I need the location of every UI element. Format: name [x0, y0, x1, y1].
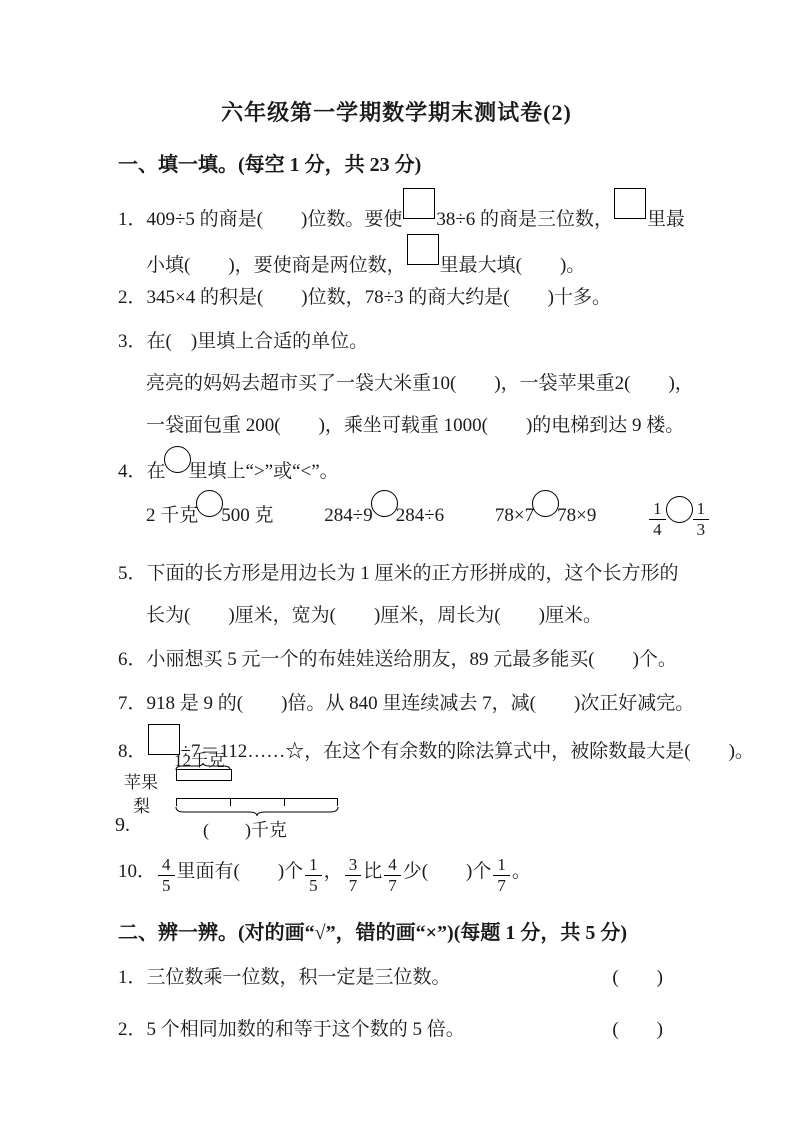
comparison-1: 2 千克500 克 [146, 505, 274, 526]
question-4-line-1: 4．在里填上“>”或“<”。 [118, 446, 339, 483]
fraction: 37 [345, 856, 362, 895]
question-10: 10．45里面有( )个15，37比47少( )个17。 [118, 856, 531, 895]
tick-mark [176, 799, 177, 806]
q1-text-e: 里最大填( )。 [440, 255, 586, 276]
judge-2-answer-blank: ( ) [612, 1014, 663, 1041]
question-6: 6．小丽想买 5 元一个的布娃娃送给朋友，89 元最多能买( )个。 [118, 644, 677, 671]
q1-text-d: 小填( )，要使商是两位数， [146, 255, 406, 276]
cmp2-left: 284÷9 [324, 505, 372, 526]
q10-text-2: ， [324, 861, 343, 882]
cmp3-left: 78×7 [495, 505, 534, 526]
comparison-4: 1413 [647, 505, 711, 526]
q10-lead: 10． [118, 861, 156, 882]
question-2: 2．345×4 的积是( )位数，78÷3 的商大约是( )十多。 [118, 282, 611, 309]
apple-bar [176, 769, 232, 781]
tick-mark [284, 799, 285, 806]
cmp2-right: 284÷6 [396, 505, 444, 526]
question-7: 7．918 是 9 的( )倍。从 840 里连续减去 7，减( )次正好减完。 [118, 688, 694, 715]
question-3-line-2: 亮亮的妈妈去超市买了一袋大米重10( )，一袋苹果重2( )， [146, 368, 694, 395]
fraction: 47 [384, 856, 401, 895]
judge-2-text: 2．5 个相同加数的和等于这个数的 5 倍。 [118, 1014, 465, 1041]
q4-lead: 4．在 [118, 461, 166, 482]
compare-circle [164, 446, 191, 473]
page-title: 六年级第一学期数学期末测试卷(2) [0, 96, 793, 127]
q10-text-1: 里面有( )个 [177, 861, 304, 882]
judge-item-2: 2．5 个相同加数的和等于这个数的 5 倍。 ( ) [118, 1014, 663, 1041]
compare-circle [196, 490, 223, 517]
compare-circle [371, 490, 398, 517]
judge-item-1: 1．三位数乘一位数，积一定是三位数。 ( ) [118, 962, 663, 989]
question-1-line-1: 1．409÷5 的商是( )位数。要使38÷6 的商是三位数，里最 [118, 188, 685, 231]
apple-row-label: 苹果 [124, 768, 158, 793]
q1-text-c: 里最 [647, 209, 685, 230]
blank-box [403, 188, 435, 219]
q1-text-b: 38÷6 的商是三位数， [436, 209, 613, 230]
q4-tail: 里填上“>”或“<”。 [189, 461, 339, 482]
question-9-number: 9. [115, 814, 130, 837]
q1-text-a: 1．409÷5 的商是( )位数。要使 [118, 209, 402, 230]
question-3-line-3: 一袋面包重 200( )，乘坐可载重 1000( )的电梯到达 9 楼。 [146, 410, 684, 437]
section1-heading: 一、填一填。(每空 1 分，共 23 分) [118, 148, 421, 177]
compare-circle [532, 490, 559, 517]
compare-circle [666, 496, 693, 523]
question-4-comparisons: 2 千克500 克 284÷9284÷6 78×778×9 1413 [146, 490, 711, 539]
blank-box [407, 234, 439, 265]
question-1-line-2: 小填( )，要使商是两位数，里最大填( )。 [146, 234, 585, 277]
tick-mark [230, 799, 231, 806]
test-paper-page: 六年级第一学期数学期末测试卷(2) 一、填一填。(每空 1 分，共 23 分) … [0, 0, 793, 1122]
section2-heading: 二、辨一辨。(对的画“√”，错的画“×”)(每题 1 分，共 5 分) [118, 916, 627, 945]
question-9-blank-label: ( )千克 [203, 816, 287, 842]
fraction: 13 [693, 500, 710, 539]
cmp3-right: 78×9 [557, 505, 596, 526]
comparison-2: 284÷9284÷6 [324, 505, 444, 526]
blank-box [614, 188, 646, 219]
judge-1-text: 1．三位数乘一位数，积一定是三位数。 [118, 962, 451, 989]
cmp1-right: 500 克 [221, 505, 273, 526]
question-3-line-1: 3．在( )里填上合适的单位。 [118, 326, 368, 353]
question-5-line-2: 长为( )厘米，宽为( )厘米，周长为( )厘米。 [146, 600, 602, 627]
fraction: 17 [493, 856, 510, 895]
comparison-3: 78×778×9 [495, 505, 596, 526]
judge-1-answer-blank: ( ) [612, 962, 663, 989]
fraction: 45 [158, 856, 175, 895]
fraction: 14 [649, 500, 666, 539]
fraction: 15 [305, 856, 322, 895]
q10-text-5: 。 [512, 861, 531, 882]
pear-row-label: 梨 [133, 792, 150, 817]
q10-text-4: 少( )个 [403, 861, 492, 882]
cmp1-left: 2 千克 [146, 505, 198, 526]
question-5-line-1: 5．下面的长方形是用边长为 1 厘米的正方形拼成的，这个长方形的 [118, 558, 679, 585]
tick-mark [337, 799, 338, 806]
q10-text-3: 比 [363, 861, 382, 882]
